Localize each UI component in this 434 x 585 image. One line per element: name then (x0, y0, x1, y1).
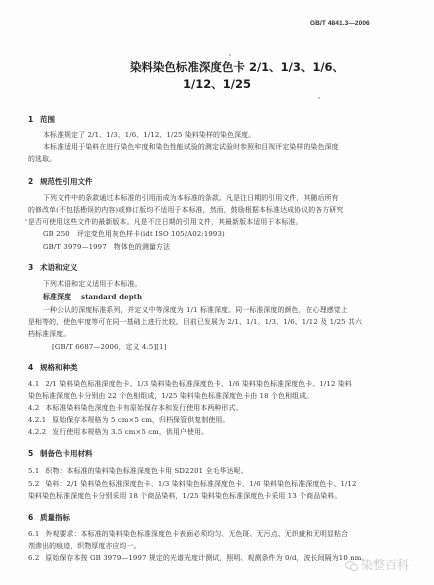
paragraph-line: 本标准规定了 2/1、1/3、1/6、1/12、1/25 染料染样的染色深度。 (43, 131, 255, 140)
clause-text: 发行使用本规格为 3.5 cm×5 cm，供用户使用。 (52, 428, 208, 436)
term-chinese: 标准深度 (43, 293, 71, 301)
document-title-line-2: 1/12、1/25 (0, 76, 434, 92)
clause-5-2: 5.2染料：2/1 染料染色标准深度色卡、1/3 染料染色标准深度色卡、1/6 … (28, 480, 357, 489)
section-2-heading: 2规范性引用文件 (28, 176, 93, 187)
clause-text: 原始保存本按 GB 3979—1997 规定的光谱光度计测试，照明、观测条件为 … (45, 554, 368, 562)
reference-code: GB/T 3979—1997 (43, 243, 107, 251)
paragraph-line: 剂渗出的痕迹，织物厚度亦应均一。 (28, 542, 141, 551)
clause-text: 织物：本标准的染料染色标准深度色卡用 SD2201 全毛华达呢。 (45, 467, 247, 475)
paragraph-line: 一种公认的深度标准系列，并定义中等深度为 1/1 标准深度。同一标准深度的颜色，… (43, 306, 348, 315)
standard-number: GB/T 4841.3—2006 (310, 20, 370, 27)
clause-number: 6.2 (28, 554, 39, 563)
wechat-icon (345, 560, 357, 570)
paragraph-line: 是否可使用这些文件的最新版本。凡是不注日期的引用文件，其最新版本适用于本标准。 (28, 218, 303, 227)
section-number: 3 (28, 263, 40, 272)
section-number: 6 (28, 513, 40, 522)
scan-speck (229, 54, 231, 56)
clause-number: 4.2.1 (28, 416, 46, 425)
document-page: GB/T 4841.3—2006 染料染色标准深度色卡 2/1、1/3、1/6、… (0, 0, 434, 585)
definition-source: [GB/T 6687—2006，定义 4.5][1] (52, 343, 167, 352)
clause-number: 5.2 (28, 480, 39, 489)
paragraph-line: 染色标准深度色卡分别由 22 个色相组成，1/25 染料染色标准深度色卡由 18… (28, 392, 313, 401)
reference-item: GB/T 3979—1997 物体色的测量方法 (43, 243, 170, 252)
clause-text: 原始保存本规格为 5 cm×5 cm，归档保管供复制使用。 (52, 416, 229, 424)
section-title: 质量指标 (40, 513, 70, 522)
term-entry: 标准深度standard depth (43, 293, 142, 302)
clause-4-2: 4.2本标准染料染色深度色卡有原始保存本和发行使用本两种形式。 (28, 404, 243, 413)
clause-4-2-2: 4.2.2发行使用本规格为 3.5 cm×5 cm，供用户使用。 (28, 428, 208, 437)
watermark-text: 染整百科 (361, 556, 409, 573)
section-title: 术语和定义 (40, 263, 78, 272)
section-3-heading: 3术语和定义 (28, 262, 78, 273)
section-1-heading: 1范围 (28, 114, 55, 125)
section-number: 5 (28, 449, 40, 458)
clause-4-1: 4.12/1 染料染色标准深度色卡、1/3 染料染色标准深度色卡、1/6 染料染… (28, 380, 352, 389)
paragraph-line: 下列术语和定义适用于本标准。 (43, 280, 142, 289)
section-4-heading: 4规格和种类 (28, 362, 78, 373)
clause-number: 4.2.2 (28, 428, 46, 437)
clause-6-1: 6.1外观要求：本标准的染料染色标准深度色卡表面必须均匀、无色斑、无污点、无织疵… (28, 530, 348, 539)
clause-number: 4.1 (28, 380, 39, 389)
section-number: 2 (28, 177, 40, 186)
section-title: 规范性引用文件 (40, 177, 93, 186)
clause-number: 4.2 (28, 404, 39, 413)
reference-title: 评定变色用灰色样卡(idt ISO 105/A02:1993) (77, 230, 225, 238)
term-english: standard depth (81, 293, 142, 301)
section-title: 制备色卡用材料 (40, 449, 93, 458)
watermark: 染整百科 (345, 556, 409, 573)
paragraph-line: 下列文件中的条款通过本标准的引用而成为本标准的条款。凡是注日期的引用文件，其随后… (43, 194, 339, 203)
clause-number: 6.1 (28, 530, 39, 539)
section-number: 4 (28, 363, 40, 372)
paragraph-line: 档标准深度。 (28, 330, 70, 339)
paragraph-line: 染料染色标准深度色卡分别采用 18 个商品染料，1/25 染料染色标准深度色卡采… (28, 492, 341, 501)
section-5-heading: 5制备色卡用材料 (28, 448, 93, 459)
reference-code: GB 250 (43, 230, 70, 238)
clause-text: 本标准染料染色深度色卡有原始保存本和发行使用本两种形式。 (45, 404, 242, 412)
paragraph-line: 是相等的，使色牢度等可在同一基础上进行比较。目前已发展为 2/1、1/1、1/3… (28, 318, 362, 327)
section-title: 规格和种类 (40, 363, 78, 372)
clause-number: 5.1 (28, 467, 39, 476)
scan-speck (25, 219, 27, 221)
clause-5-1: 5.1织物：本标准的染料染色标准深度色卡用 SD2201 全毛华达呢。 (28, 467, 248, 476)
reference-title: 物体色的测量方法 (114, 243, 170, 251)
clause-text: 染料：2/1 染料染色标准深度色卡、1/3 染料染色标准深度色卡、1/6 染料染… (45, 480, 356, 488)
reference-item: GB 250 评定变色用灰色样卡(idt ISO 105/A02:1993) (43, 230, 225, 239)
clause-text: 外观要求：本标准的染料染色标准深度色卡表面必须均匀、无色斑、无污点、无织疵和无明… (45, 530, 348, 538)
section-title: 范围 (40, 115, 55, 124)
clause-text: 2/1 染料染色标准深度色卡、1/3 染料染色标准深度色卡、1/6 染料染色标准… (45, 380, 351, 388)
paragraph-line: 的选取。 (28, 155, 56, 164)
clause-6-2: 6.2原始保存本按 GB 3979—1997 规定的光谱光度计测试，照明、观测条… (28, 554, 369, 563)
paragraph-line: 的修改单(不包括勘误的内容)或修订版均不适用于本标准，然而，鼓励根据本标准达成协… (28, 206, 343, 215)
section-number: 1 (28, 115, 40, 124)
scan-speck (318, 97, 320, 99)
section-6-heading: 6质量指标 (28, 512, 70, 523)
clause-4-2-1: 4.2.1原始保存本规格为 5 cm×5 cm，归档保管供复制使用。 (28, 416, 229, 425)
paragraph-line: 本标准适用于染料在进行染色牢度和染色性能试验的测定试验时参照和目视评定染样的染色… (43, 143, 339, 152)
document-title-line-1: 染料染色标准深度色卡 2/1、1/3、1/6、 (20, 59, 434, 75)
